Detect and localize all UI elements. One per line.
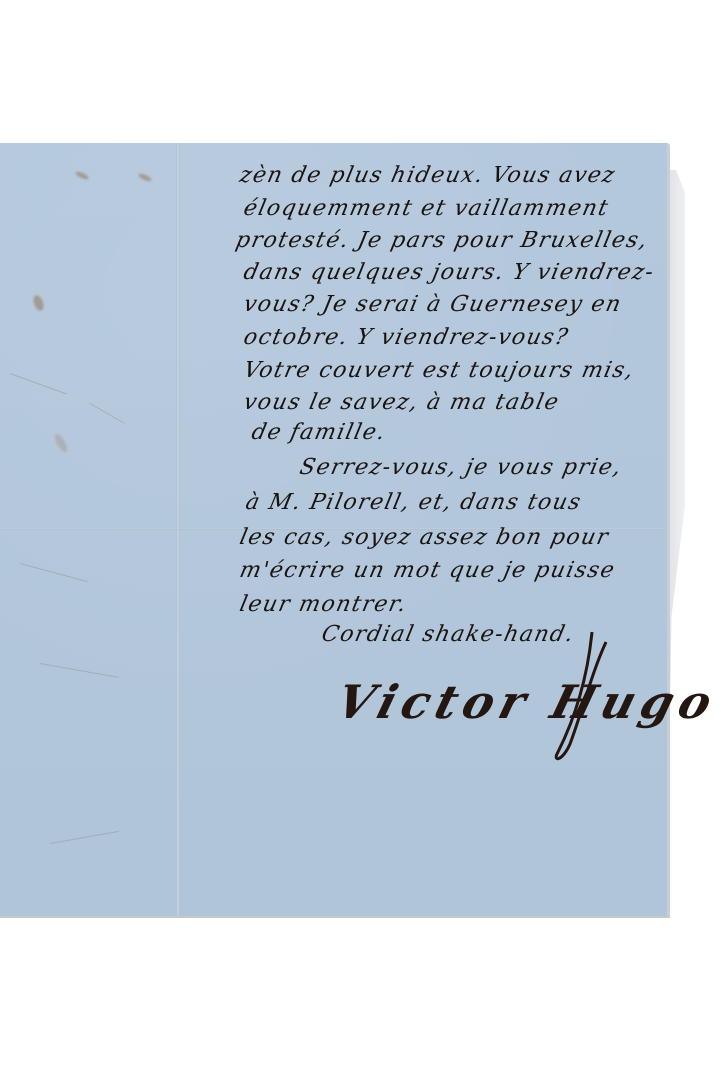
bleed-through-mark — [10, 373, 67, 394]
text-line: m'écrire un mot que je puisse — [237, 558, 617, 583]
bleed-through-mark — [40, 663, 119, 678]
text-line: éloquemment et vaillamment — [241, 196, 611, 221]
text-line: Serrez-vous, je vous prie, — [297, 455, 624, 480]
text-line: protesté. Je pars pour Bruxelles, — [233, 228, 650, 253]
signature: Victor Hugo — [331, 675, 721, 729]
bleed-through-mark — [50, 831, 119, 844]
text-line: Cordial shake-hand. — [319, 622, 577, 647]
bleed-through-mark — [90, 403, 125, 424]
text-line: Votre couvert est toujours mis, — [241, 358, 636, 383]
text-line: vous? Je serai à Guernesey en — [241, 292, 624, 317]
text-line: dans quelques jours. Y viendrez- — [241, 260, 657, 285]
text-line: octobre. Y viendrez-vous? — [241, 325, 571, 350]
text-line: à M. Pilorell, et, dans tous — [243, 490, 584, 515]
ink-stain — [53, 432, 70, 453]
ink-stain — [75, 170, 90, 180]
text-line: zèn de plus hideux. Vous avez — [237, 163, 618, 188]
signature-flourish-icon — [548, 612, 608, 762]
text-line: de famille. — [249, 420, 388, 445]
bleed-through-mark — [20, 563, 88, 582]
text-line: vous le savez, à ma table — [241, 390, 562, 415]
ink-stain — [32, 294, 46, 312]
text-line: les cas, soyez assez bon pour — [237, 525, 611, 550]
ink-stain — [138, 172, 153, 182]
text-line: leur montrer. — [237, 592, 409, 617]
